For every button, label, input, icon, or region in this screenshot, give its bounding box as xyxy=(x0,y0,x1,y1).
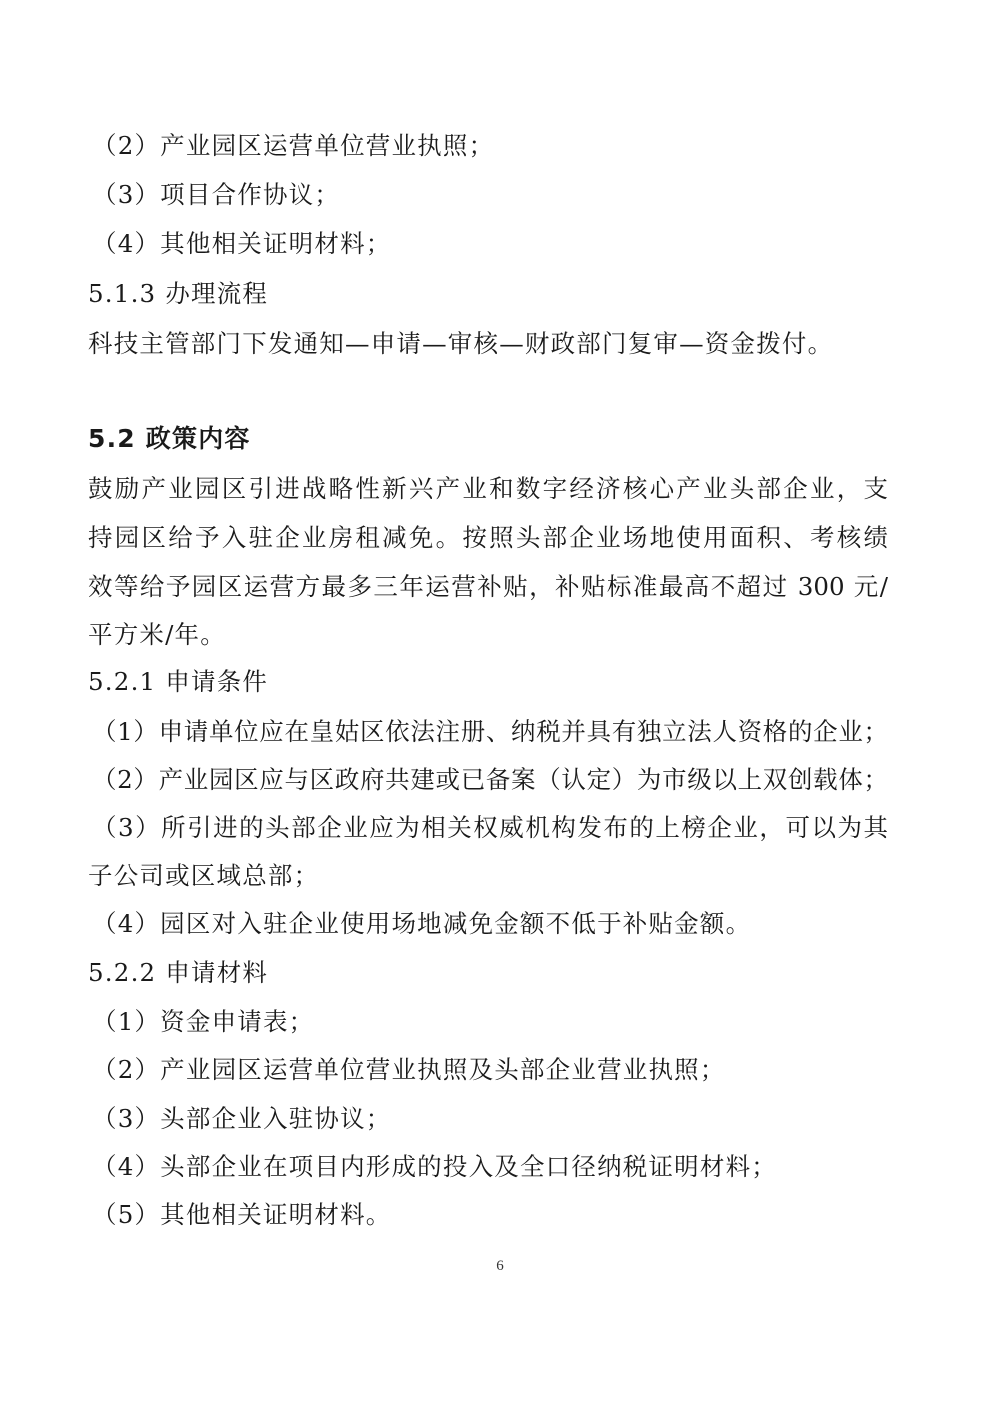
paragraph-line: 平方米/年。 xyxy=(88,620,226,650)
material-item: （5）其他相关证明材料。 xyxy=(92,1200,392,1230)
list-item: （4）其他相关证明材料； xyxy=(92,229,392,259)
material-item: （4）头部企业在项目内形成的投入及全口径纳税证明材料； xyxy=(92,1152,777,1182)
material-item: （2）产业园区运营单位营业执照及头部企业营业执照； xyxy=(92,1055,726,1085)
section-heading-5-2-1: 5.2.1 申请条件 xyxy=(88,667,268,697)
condition-item: （2）产业园区应与区政府共建或已备案（认定）为市级以上双创载体； xyxy=(92,765,888,795)
section-heading-5-2-2: 5.2.2 申请材料 xyxy=(88,958,268,988)
paragraph-line: 鼓励产业园区引进战略性新兴产业和数字经济核心产业头部企业，支 xyxy=(88,474,888,504)
process-flow-text: 科技主管部门下发通知—申请—审核—财政部门复审—资金拨付。 xyxy=(88,329,833,359)
material-item: （3）头部企业入驻协议； xyxy=(92,1104,392,1134)
condition-item: （1）申请单位应在皇姑区依法注册、纳税并具有独立法人资格的企业； xyxy=(92,717,888,747)
paragraph-line: 持园区给予入驻企业房租减免。按照头部企业场地使用面积、考核绩 xyxy=(88,523,888,553)
condition-item: （4）园区对入驻企业使用场地减免金额不低于补贴金额。 xyxy=(92,909,751,939)
section-heading-5-1-3: 5.1.3 办理流程 xyxy=(88,279,268,309)
page-number: 6 xyxy=(0,1258,1000,1275)
condition-item-continued: 子公司或区域总部； xyxy=(88,861,319,891)
document-page: （2）产业园区运营单位营业执照； （3）项目合作协议； （4）其他相关证明材料；… xyxy=(0,0,1000,1413)
list-item: （3）项目合作协议； xyxy=(92,180,340,210)
condition-item: （3）所引进的头部企业应为相关权威机构发布的上榜企业，可以为其 xyxy=(92,813,888,843)
list-item: （2）产业园区运营单位营业执照； xyxy=(92,131,494,161)
paragraph-line: 效等给予园区运营方最多三年运营补贴，补贴标准最高不超过 300 元/ xyxy=(88,572,888,602)
material-item: （1）资金申请表； xyxy=(92,1007,314,1037)
section-heading-5-2: 5.2 政策内容 xyxy=(88,424,251,454)
